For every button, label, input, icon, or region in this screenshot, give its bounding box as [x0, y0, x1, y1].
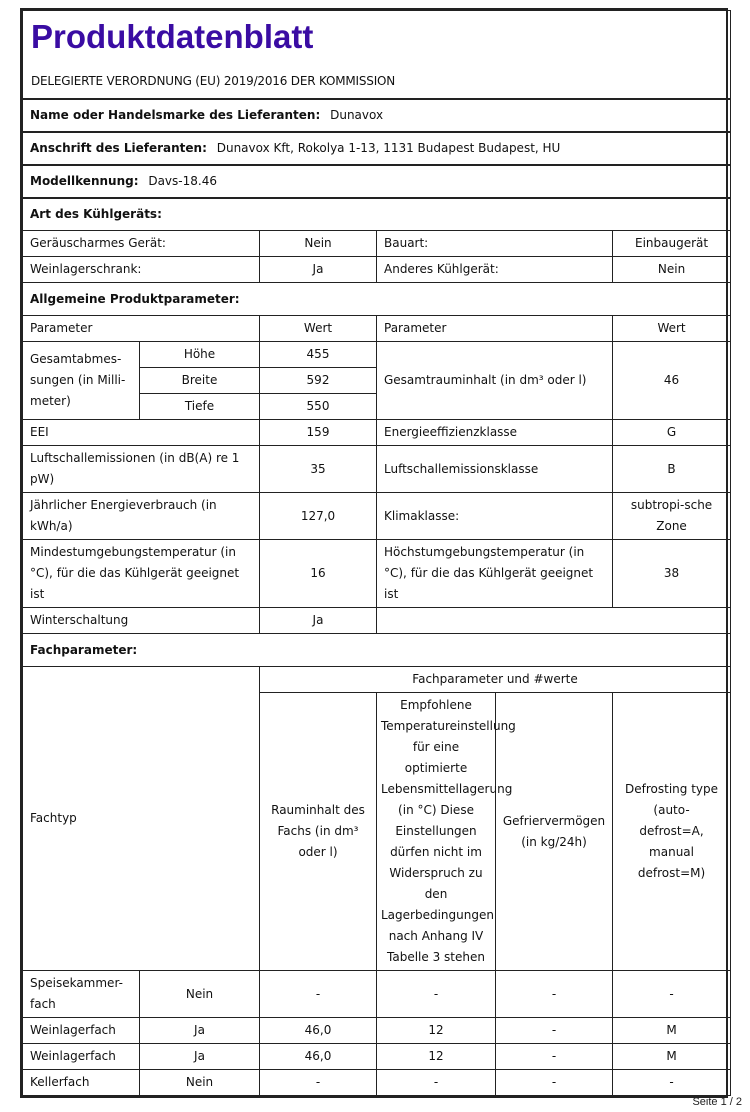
- eei-value: 159: [260, 420, 377, 446]
- compartment-freeze: -: [496, 1070, 613, 1096]
- compartment-defrost: -: [613, 1070, 731, 1096]
- compartment-present: Nein: [140, 971, 260, 1018]
- compartment-group-header: Fachparameter und #werte: [260, 667, 731, 693]
- compartment-present: Ja: [140, 1044, 260, 1070]
- header-cell: Produktdatenblatt DELEGIERTE VERORDNUNG …: [23, 11, 731, 100]
- compartment-temp: 12: [377, 1018, 496, 1044]
- compartment-defrost: -: [613, 971, 731, 1018]
- depth-label: Tiefe: [140, 394, 260, 420]
- compartment-freeze-header: Gefriervermögen (in kg/24h): [496, 693, 613, 971]
- supplier-address-row: Anschrift des Lieferanten: Dunavox Kft, …: [23, 132, 731, 165]
- compartment-volume-header: Rauminhalt des Fachs (in dm³ oder l): [260, 693, 377, 971]
- value-header-left: Wert: [260, 316, 377, 342]
- compartment-temp: 12: [377, 1044, 496, 1070]
- total-volume-value: 46: [613, 342, 731, 420]
- depth-value: 550: [260, 394, 377, 420]
- general-params-heading: Allgemeine Produktparameter:: [23, 283, 731, 316]
- min-ambient-temp-label: Mindestumgebungstemperatur (in °C), für …: [23, 540, 260, 608]
- climate-class-label: Klimaklasse:: [377, 493, 613, 540]
- winter-setting-label: Winterschaltung: [23, 608, 260, 634]
- other-appliance-label: Anderes Kühlgerät:: [377, 257, 613, 283]
- dimensions-label: Gesamtabmes-sungen (in Milli-meter): [23, 342, 140, 420]
- noise-class-label: Luftschallemissionsklasse: [377, 446, 613, 493]
- compartment-freeze: -: [496, 1018, 613, 1044]
- energy-class-value: G: [613, 420, 731, 446]
- wine-cabinet-value: Ja: [260, 257, 377, 283]
- low-noise-label: Geräuscharmes Gerät:: [23, 231, 260, 257]
- wine-cabinet-label: Weinlagerschrank:: [23, 257, 260, 283]
- max-ambient-temp-value: 38: [613, 540, 731, 608]
- supplier-name-row: Name oder Handelsmarke des Lieferanten: …: [23, 99, 731, 132]
- compartment-volume: 46,0: [260, 1044, 377, 1070]
- supplier-address-value: Dunavox Kft, Rokolya 1-13, 1131 Budapest…: [217, 141, 561, 155]
- param-header-left: Parameter: [23, 316, 260, 342]
- compartment-volume: -: [260, 971, 377, 1018]
- compartment-present: Nein: [140, 1070, 260, 1096]
- max-ambient-temp-label: Höchstumgebungstemperatur (in °C), für d…: [377, 540, 613, 608]
- height-label: Höhe: [140, 342, 260, 368]
- climate-class-value: subtropi-sche Zone: [613, 493, 731, 540]
- model-row: Modellkennung: Davs-18.46: [23, 165, 731, 198]
- compartment-type: Weinlagerfach: [23, 1044, 140, 1070]
- compartment-freeze: -: [496, 971, 613, 1018]
- compartment-volume: 46,0: [260, 1018, 377, 1044]
- param-header-right: Parameter: [377, 316, 613, 342]
- width-value: 592: [260, 368, 377, 394]
- compartment-type: Weinlagerfach: [23, 1018, 140, 1044]
- supplier-name-value: Dunavox: [330, 108, 383, 122]
- compartment-defrost: M: [613, 1018, 731, 1044]
- energy-class-label: Energieeffizienzklasse: [377, 420, 613, 446]
- height-value: 455: [260, 342, 377, 368]
- compartment-params-heading: Fachparameter:: [23, 634, 731, 667]
- compartment-type: Speisekammer-fach: [23, 971, 140, 1018]
- supplier-address-label: Anschrift des Lieferanten:: [30, 141, 207, 155]
- total-volume-label: Gesamtrauminhalt (in dm³ oder l): [377, 342, 613, 420]
- compartment-defrost: M: [613, 1044, 731, 1070]
- min-ambient-temp-value: 16: [260, 540, 377, 608]
- noise-class-value: B: [613, 446, 731, 493]
- appliance-type-heading: Art des Kühlgeräts:: [23, 198, 731, 231]
- compartment-temp: -: [377, 1070, 496, 1096]
- eei-label: EEI: [23, 420, 260, 446]
- low-noise-value: Nein: [260, 231, 377, 257]
- compartment-type-header: Fachtyp: [23, 667, 260, 971]
- compartment-temp: -: [377, 971, 496, 1018]
- annual-energy-value: 127,0: [260, 493, 377, 540]
- width-label: Breite: [140, 368, 260, 394]
- compartment-defrost-header: Defrosting type (auto-defrost=A, manual …: [613, 693, 731, 971]
- model-label: Modellkennung:: [30, 174, 139, 188]
- compartment-volume: -: [260, 1070, 377, 1096]
- page-title: Produktdatenblatt: [31, 17, 722, 57]
- page-number: Seite 1 / 2: [692, 1096, 742, 1108]
- value-header-right: Wert: [613, 316, 731, 342]
- empty-cell: [377, 608, 731, 634]
- noise-emission-value: 35: [260, 446, 377, 493]
- product-data-sheet: Produktdatenblatt DELEGIERTE VERORDNUNG …: [20, 8, 728, 1098]
- other-appliance-value: Nein: [613, 257, 731, 283]
- supplier-name-label: Name oder Handelsmarke des Lieferanten:: [30, 108, 320, 122]
- compartment-type: Kellerfach: [23, 1070, 140, 1096]
- annual-energy-label: Jährlicher Energieverbrauch (in kWh/a): [23, 493, 260, 540]
- design-type-label: Bauart:: [377, 231, 613, 257]
- model-value: Davs-18.46: [148, 174, 217, 188]
- winter-setting-value: Ja: [260, 608, 377, 634]
- regulation-subtitle: DELEGIERTE VERORDNUNG (EU) 2019/2016 DER…: [31, 71, 722, 92]
- design-type-value: Einbaugerät: [613, 231, 731, 257]
- noise-emission-label: Luftschallemissionen (in dB(A) re 1 pW): [23, 446, 260, 493]
- compartment-temp-header: Empfohlene Temperatureinstellung für ein…: [377, 693, 496, 971]
- compartment-freeze: -: [496, 1044, 613, 1070]
- data-sheet-table: Produktdatenblatt DELEGIERTE VERORDNUNG …: [22, 10, 731, 1096]
- compartment-present: Ja: [140, 1018, 260, 1044]
